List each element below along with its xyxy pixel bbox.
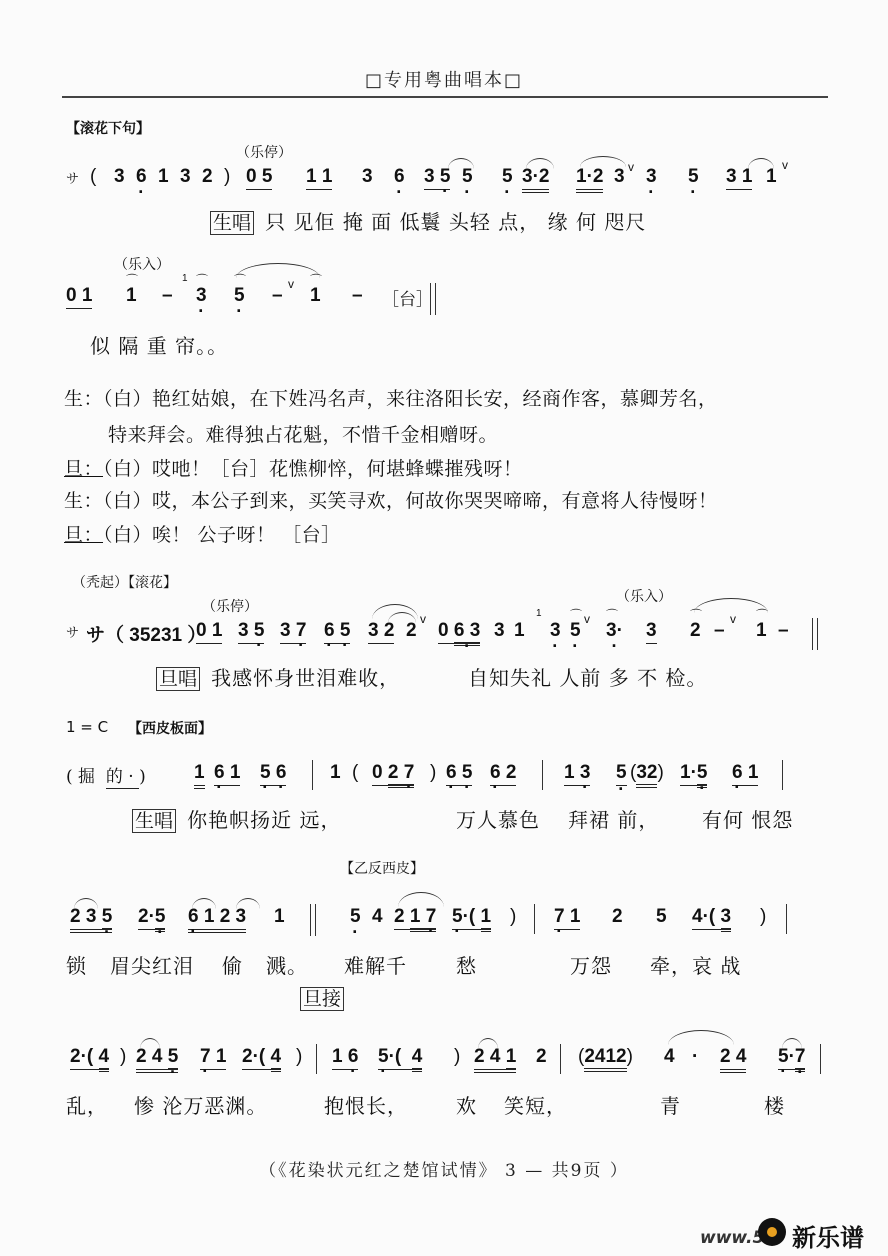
lyrics-line-4d: 有何 恨怨	[702, 804, 793, 833]
cue-music-enter: （乐入）	[114, 254, 170, 274]
vinyl-record-icon	[758, 1218, 786, 1246]
lyrics-line-1: 生唱 只 见佢 掩 面 低鬟 头轻 点， 缘 何 咫尺	[210, 206, 646, 235]
lyrics-line-3: 旦唱 我感怀身世泪难收，	[156, 662, 400, 691]
watermark-url[interactable]: www.5	[700, 1228, 764, 1248]
role-marker-sheng-sing: 生唱	[210, 211, 254, 235]
role-marker-sheng-sing: 生唱	[132, 809, 176, 833]
role-marker-dan-join: 旦接	[300, 984, 344, 1011]
notation-line-3: サ サ（ 35231 ） 0 1 3 5 3 7 6 5 3 2 2 v 0 6…	[66, 620, 846, 650]
notation-line-4: ( 掘 的 · ) 1 6 1 5 6 1 ( 0 2 7 ) 6 5 6 2 …	[66, 762, 846, 794]
notation-line-2: 0 1 ⌒ 1 – 1 ⌒ 3 ⌒ 5 – v ⌒ 1 – ［台］	[66, 285, 486, 315]
notation-line-6: 2·( 4 ) 2 4 5 7 1 2·( 4 ) 1 6 5·( 4 ) 2 …	[70, 1046, 850, 1078]
lyrics-line-4c: 拜裙 前，	[568, 804, 659, 833]
page-footer: （《花染状元红之楚馆试情》 3 — 共9页 ）	[0, 1156, 888, 1181]
notation-line-5: 2 3 5 2·5 6 1 2 3 1 5 4 2 1 7 5·( 1 ) 7 …	[70, 906, 850, 938]
section-label-gunhua-xiaju: 【滚花下句】	[66, 118, 150, 138]
dialogue-line-3: 生：（白）哎，本公子到来，买笑寻欢，何故你哭哭啼啼，有意将人待慢呀！	[64, 486, 718, 513]
cue-music-stop: （乐停）	[236, 142, 292, 162]
speaker-sheng: 生：	[64, 388, 103, 410]
lyrics-line-2: 似 隔 重 帘。。	[90, 330, 228, 359]
lyrics-line-4b: 万人慕色	[456, 804, 540, 833]
header-divider	[62, 96, 828, 98]
section-label-tuqi-gunhua: （秃起）【滚花】	[72, 572, 177, 592]
dialogue-line-1-cont: 特来拜会。难得独占花魁，不惜千金相赠呀。	[108, 420, 498, 447]
cue-music-stop: （乐停）	[202, 596, 258, 616]
lyrics-line-3b: 自知失礼 人前 多 不 检。	[468, 662, 707, 691]
watermark-brand[interactable]: 新乐谱	[792, 1218, 864, 1253]
notation-line-1: サ ( 3 6 1 3 2 ) 0 5 1 1 3 6 3 5 5 5 3·2 …	[66, 166, 846, 196]
key-signature: 1 = C	[66, 718, 108, 736]
lyrics-text-1: 只 见佢 掩 面 低鬟 头轻 点， 缘 何 咫尺	[265, 210, 646, 234]
cue-music-enter: （乐入）	[616, 586, 672, 606]
speaker-dan: 旦：	[64, 458, 103, 480]
dialogue-line-2: 旦：（白）哎吔！［台］花憔柳悴，何堪蜂蝶摧残呀！	[64, 454, 523, 481]
dialogue-line-4: 旦：（白）唉！ 公子呀！ ［台］	[64, 520, 341, 547]
dialogue-line-1: 生：（白）艳红姑娘，在下姓冯名声，来往洛阳长安，经商作客，慕卿芳名，	[64, 384, 718, 411]
page-header-title: □专用粤曲唱本□	[0, 66, 888, 92]
section-label-xipi-banmian: 【西皮板面】	[128, 718, 212, 738]
speaker-dan: 旦：	[64, 524, 103, 546]
lyrics-line-4: 生唱 你艳帜扬近 远，	[132, 804, 341, 833]
section-label-yifan-xipi: 【乙反西皮】	[340, 858, 424, 878]
role-marker-dan-sing: 旦唱	[156, 667, 200, 691]
speaker-sheng: 生：	[64, 490, 103, 512]
